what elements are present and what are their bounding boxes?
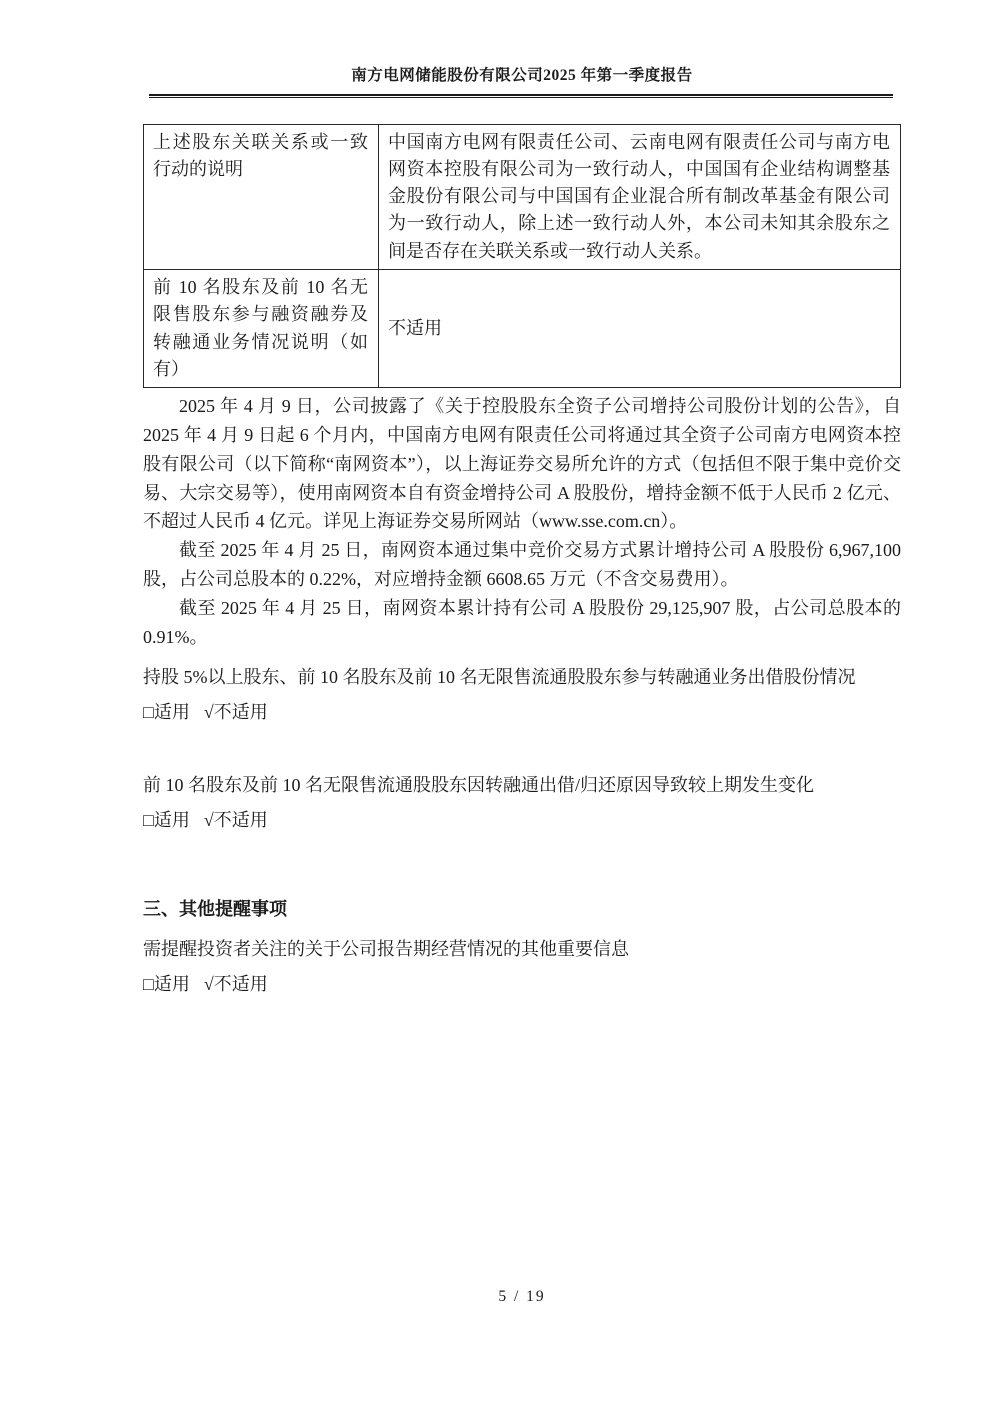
section-title: 持股 5%以上股东、前 10 名股东及前 10 名无限售流通股股东参与转融通业务… — [143, 664, 901, 690]
report-page: 南方电网储能股份有限公司2025 年第一季度报告 上述股东关联关系或一致行动的说… — [0, 0, 1000, 1414]
paragraph-increase-progress: 截至 2025 年 4 月 25 日，南网资本通过集中竞价交易方式累计增持公司 … — [143, 536, 901, 594]
checkmark-not-applicable-option: √不适用 — [204, 810, 268, 830]
row-value-cell: 不适用 — [379, 269, 901, 387]
shareholder-relationship-table: 上述股东关联关系或一致行动的说明 中国南方电网有限责任公司、云南电网有限责任公司… — [143, 124, 901, 389]
applicability-line: □适用√不适用 — [143, 971, 901, 997]
header-divider-rule — [149, 94, 893, 98]
page-number: 5 / 19 — [143, 1288, 901, 1306]
row-value-cell: 中国南方电网有限责任公司、云南电网有限责任公司与南方电网资本控股有限公司为一致行… — [379, 124, 901, 269]
checkbox-applicable-option: □适用 — [143, 702, 190, 722]
other-reminders-body: 需提醒投资者关注的关于公司报告期经营情况的其他重要信息 — [143, 936, 901, 962]
row-label-cell: 前 10 名股东及前 10 名无限售股东参与融资融券及转融通业务情况说明（如有） — [144, 269, 379, 387]
body-paragraphs: 2025 年 4 月 9 日，公司披露了《关于控股股东全资子公司增持公司股份计划… — [143, 392, 901, 651]
checkmark-not-applicable-option: √不适用 — [204, 974, 268, 994]
applicability-line: □适用√不适用 — [143, 699, 901, 725]
paragraph-increase-plan: 2025 年 4 月 9 日，公司披露了《关于控股股东全资子公司增持公司股份计划… — [143, 392, 901, 536]
applicability-line: □适用√不适用 — [143, 807, 901, 833]
table-row: 上述股东关联关系或一致行动的说明 中国南方电网有限责任公司、云南电网有限责任公司… — [144, 124, 901, 269]
lending-change-section: 前 10 名股东及前 10 名无限售流通股股东因转融通出借/归还原因导致较上期发… — [143, 772, 901, 833]
table-row: 前 10 名股东及前 10 名无限售股东参与融资融券及转融通业务情况说明（如有）… — [144, 269, 901, 387]
row-label-cell: 上述股东关联关系或一致行动的说明 — [144, 124, 379, 269]
other-reminders-heading: 三、其他提醒事项 — [143, 896, 901, 922]
checkmark-not-applicable-option: √不适用 — [204, 702, 268, 722]
checkbox-applicable-option: □适用 — [143, 810, 190, 830]
paragraph-total-holding: 截至 2025 年 4 月 25 日，南网资本累计持有公司 A 股股份 29,1… — [143, 594, 901, 652]
section-title: 前 10 名股东及前 10 名无限售流通股股东因转融通出借/归还原因导致较上期发… — [143, 772, 901, 798]
securities-lending-section: 持股 5%以上股东、前 10 名股东及前 10 名无限售流通股股东参与转融通业务… — [143, 664, 901, 725]
page-header-title: 南方电网储能股份有限公司2025 年第一季度报告 — [143, 0, 901, 85]
checkbox-applicable-option: □适用 — [143, 974, 190, 994]
page-content: 南方电网储能股份有限公司2025 年第一季度报告 上述股东关联关系或一致行动的说… — [143, 0, 901, 997]
